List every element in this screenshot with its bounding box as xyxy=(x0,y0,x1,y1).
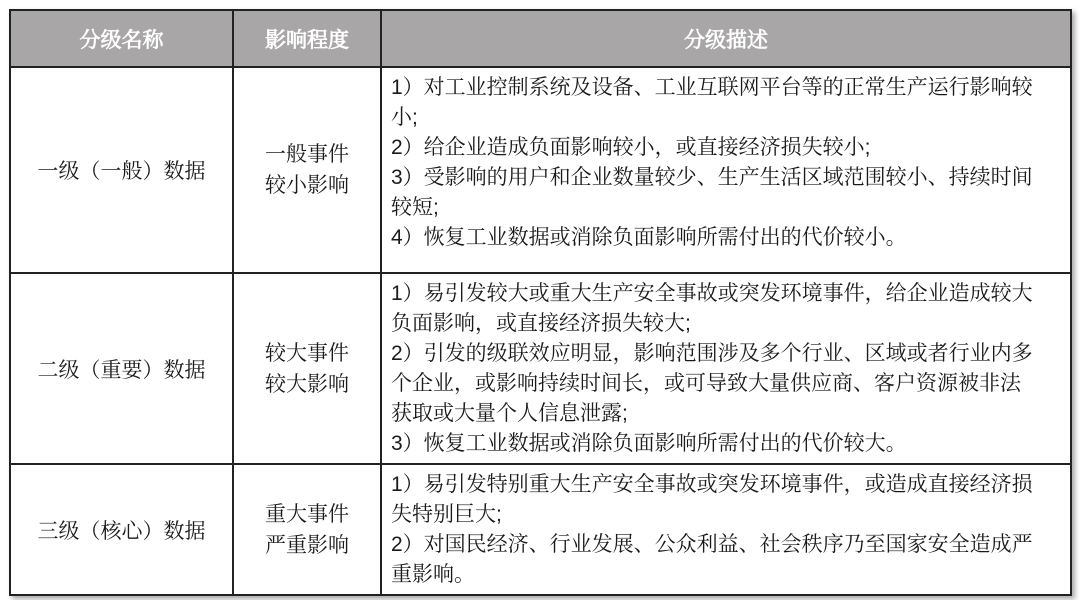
impact-cell: 一般事件 较小影响 xyxy=(233,67,381,273)
description-item: 3）恢复工业数据或消除负面影响所需付出的代价较大。 xyxy=(391,429,1041,459)
level-name-cell: 一级（一般）数据 xyxy=(10,67,233,273)
description-item: 1）易引发特别重大生产安全事故或突发环境事件，或造成直接经济损失特别巨大; xyxy=(391,470,1041,530)
description-cell: 1）对工业控制系统及设备、工业互联网平台等的正常生产运行影响较小; 2）给企业造… xyxy=(381,67,1071,273)
impact-line: 重大事件 xyxy=(234,499,380,530)
level-name-cell: 三级（核心）数据 xyxy=(10,464,233,595)
description-item: 2）对国民经济、行业发展、公众利益、社会秩序乃至国家安全造成严重影响。 xyxy=(391,530,1041,590)
classification-table: 分级名称 影响程度 分级描述 一级（一般）数据 一般事件 较小影响 1）对工业控… xyxy=(9,9,1072,596)
description-item: 3）受影响的用户和企业数量较少、生产生活区域范围较小、持续时间较短; xyxy=(391,163,1041,223)
table-row-level-3: 三级（核心）数据 重大事件 严重影响 1）易引发特别重大生产安全事故或突发环境事… xyxy=(10,464,1071,595)
impact-cell: 较大事件 较大影响 xyxy=(233,273,381,464)
impact-line: 严重影响 xyxy=(234,530,380,561)
header-cell-level-description: 分级描述 xyxy=(381,10,1071,67)
impact-line: 较大影响 xyxy=(234,369,380,400)
description-item: 4）恢复工业数据或消除负面影响所需付出的代价较小。 xyxy=(391,223,1041,253)
description-cell: 1）易引发较大或重大生产安全事故或突发环境事件，给企业造成较大负面影响，或直接经… xyxy=(381,273,1071,464)
description-item: 1）易引发较大或重大生产安全事故或突发环境事件，给企业造成较大负面影响，或直接经… xyxy=(391,279,1041,339)
description-item: 2）给企业造成负面影响较小，或直接经济损失较小; xyxy=(391,133,1041,163)
impact-line: 较小影响 xyxy=(234,170,380,201)
description-item: 2）引发的级联效应明显，影响范围涉及多个行业、区域或者行业内多个企业，或影响持续… xyxy=(391,339,1041,429)
header-cell-impact-degree: 影响程度 xyxy=(233,10,381,67)
table-row-level-2: 二级（重要）数据 较大事件 较大影响 1）易引发较大或重大生产安全事故或突发环境… xyxy=(10,273,1071,464)
impact-line: 一般事件 xyxy=(234,139,380,170)
description-item: 1）对工业控制系统及设备、工业互联网平台等的正常生产运行影响较小; xyxy=(391,73,1041,133)
description-cell: 1）易引发特别重大生产安全事故或突发环境事件，或造成直接经济损失特别巨大; 2）… xyxy=(381,464,1071,595)
header-cell-level-name: 分级名称 xyxy=(10,10,233,67)
level-name-cell: 二级（重要）数据 xyxy=(10,273,233,464)
header-row: 分级名称 影响程度 分级描述 xyxy=(10,10,1071,67)
impact-cell: 重大事件 严重影响 xyxy=(233,464,381,595)
table-row-level-1: 一级（一般）数据 一般事件 较小影响 1）对工业控制系统及设备、工业互联网平台等… xyxy=(10,67,1071,273)
impact-line: 较大事件 xyxy=(234,338,380,369)
page-background: 分级名称 影响程度 分级描述 一级（一般）数据 一般事件 较小影响 1）对工业控… xyxy=(0,0,1080,600)
